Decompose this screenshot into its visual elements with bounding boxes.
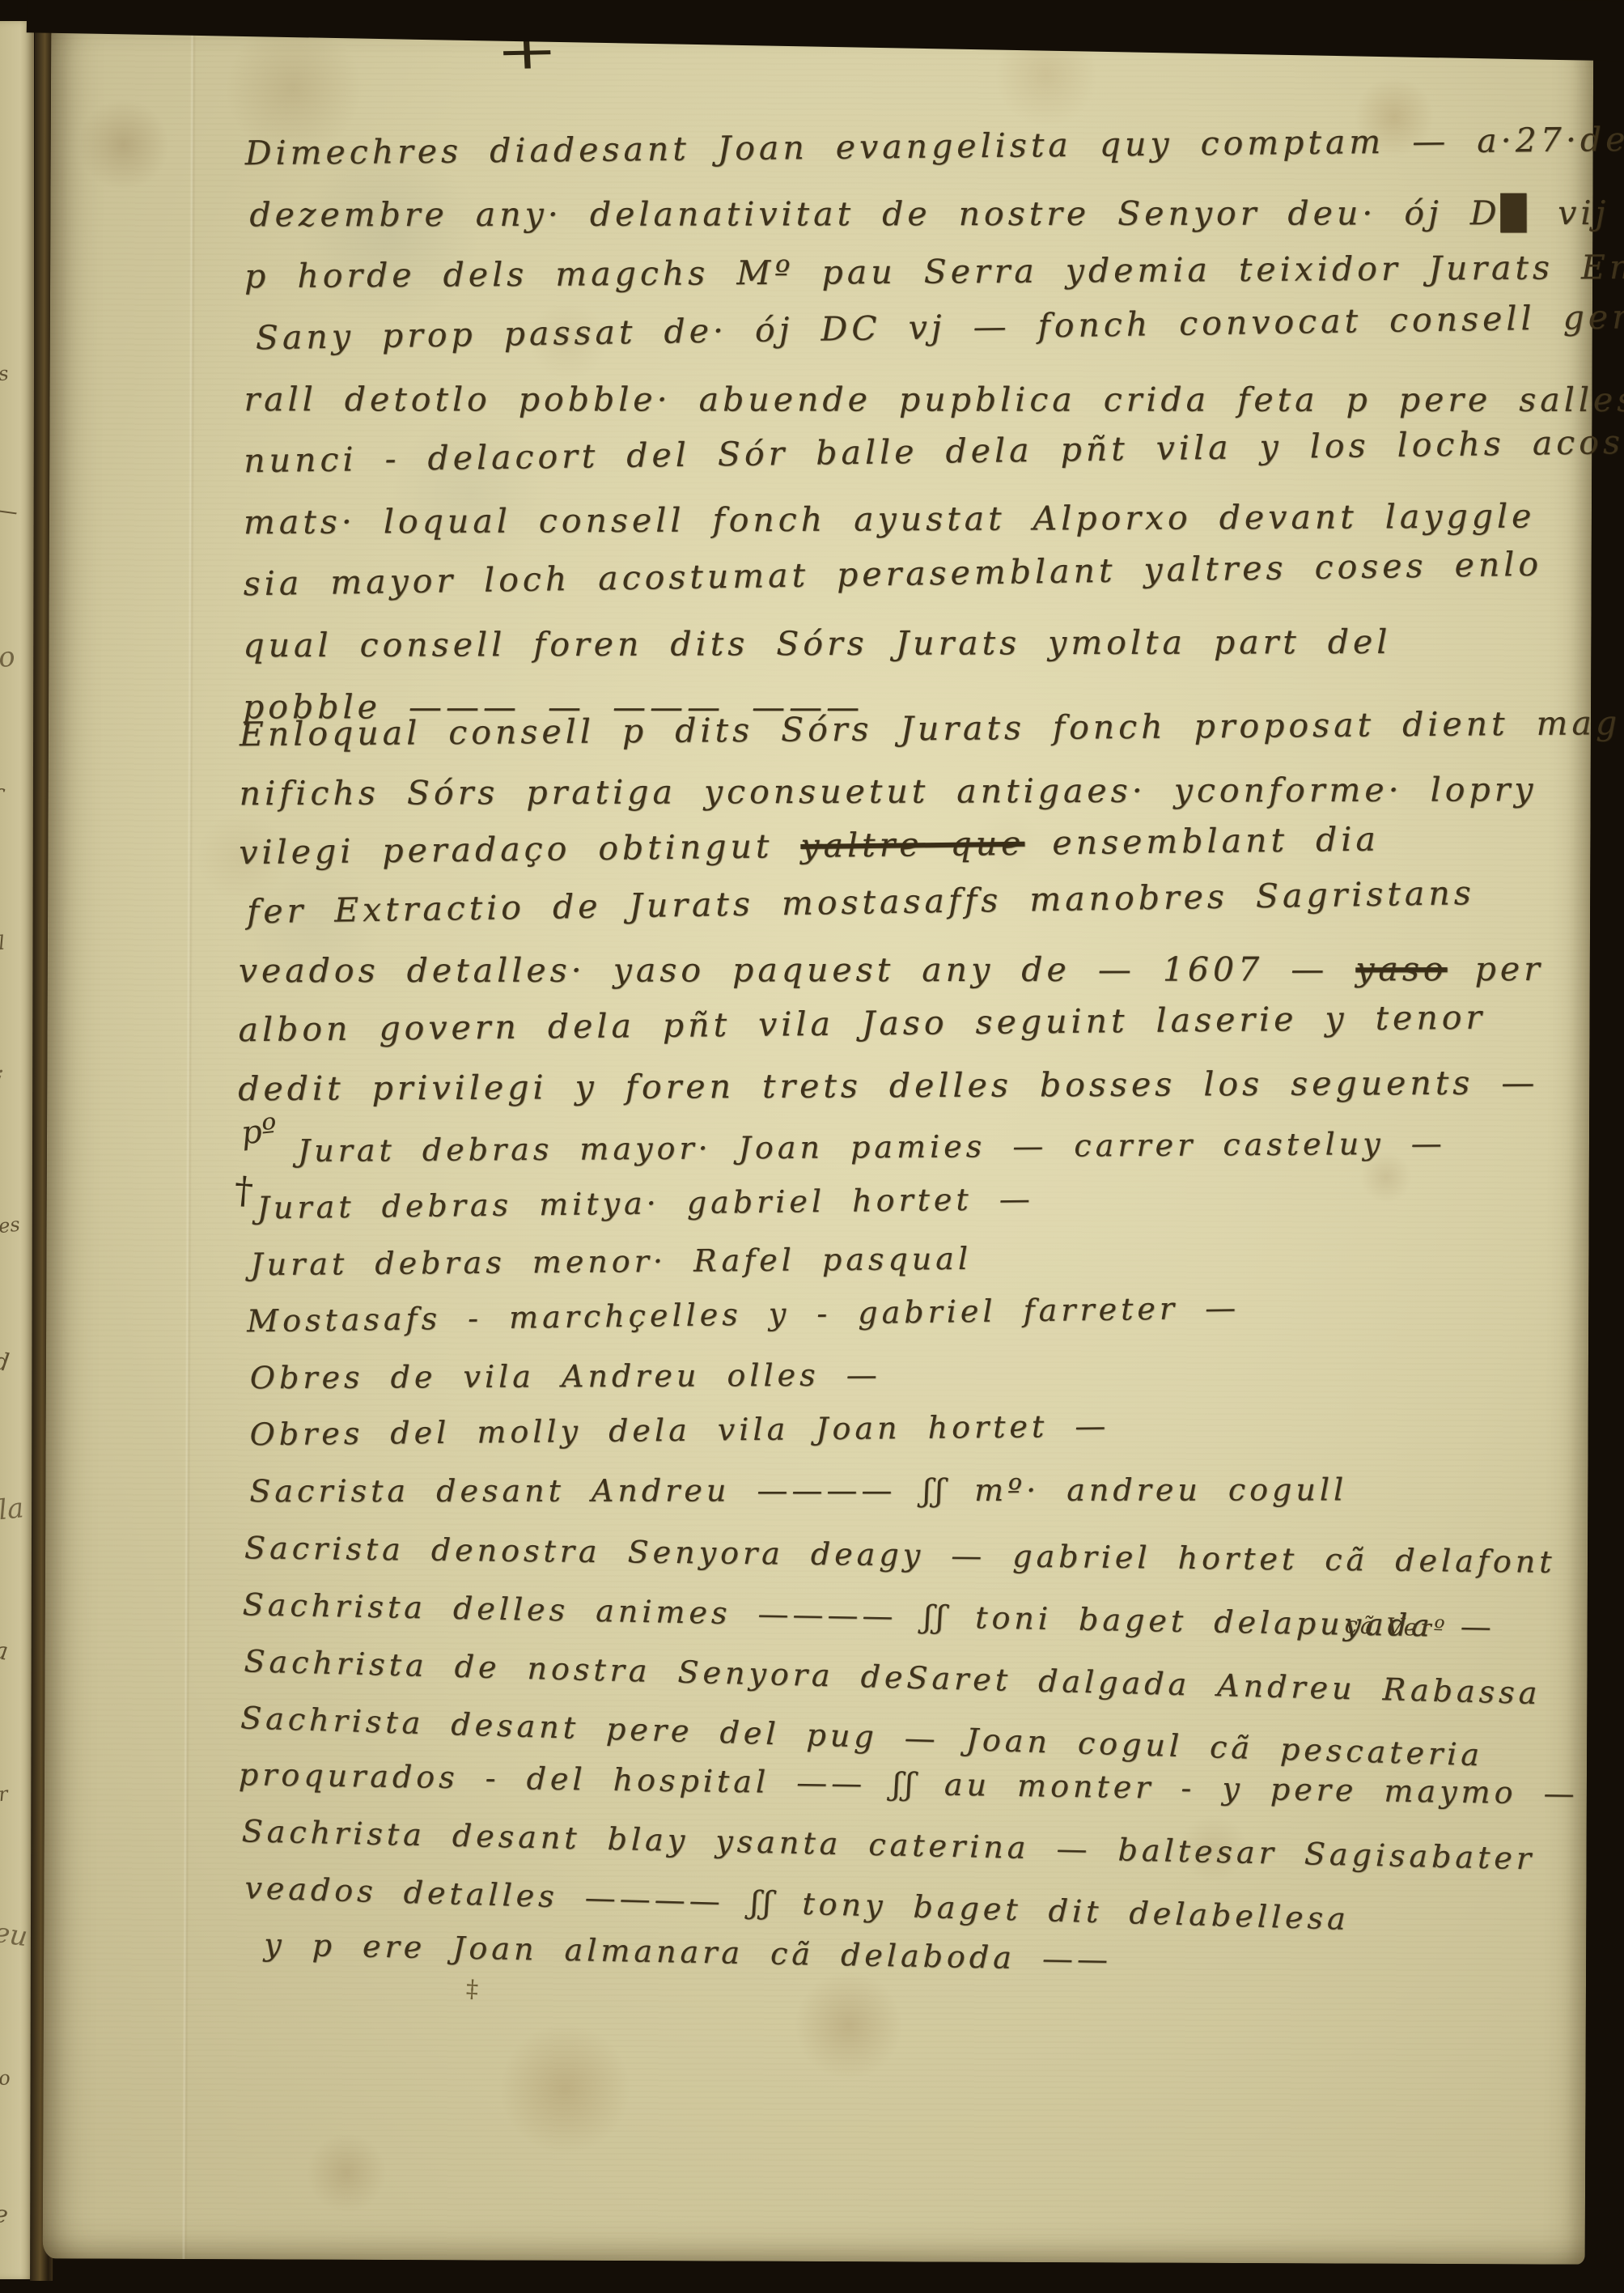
margin-text-fragment: es <box>0 1212 35 1238</box>
margin-text-fragment: ʃ <box>0 784 36 818</box>
extraction-list: Jurat debras mayor· Joan pamies — carrer… <box>248 1123 1581 1977</box>
manuscript-line: Sacrista desant Andreu ———— ʃʃ mº· andre… <box>249 1461 1579 1519</box>
margin-cross-marker: † <box>233 1168 255 1213</box>
manuscript-line: qual consell foren dits Sórs Jurats ymol… <box>243 610 1624 677</box>
manuscript-scan: { "page": { "folio_number": "289", "head… <box>0 0 1624 2293</box>
margin-text-fragment: r <box>0 1780 35 1806</box>
manuscript-line: dezembre any· delanativitat de nostre Se… <box>249 182 1624 245</box>
scribal-flourish-mark: ‡ <box>465 1975 479 2004</box>
manuscript-line: Dimechres diadesant Joan evangelista quy… <box>244 108 1624 184</box>
margin-text-fragment: — <box>0 495 36 529</box>
primo-item-marker: pº <box>240 1111 279 1152</box>
interlinear-annotation: cã Verº <box>1344 1611 1448 1642</box>
manuscript-line: Enloqual consell p dits Sórs Jurats fonc… <box>240 694 1622 764</box>
paper-crease <box>182 15 197 2259</box>
margin-text-fragment: s <box>0 359 35 385</box>
margin-text-fragment: d <box>0 1348 36 1382</box>
manuscript-line: dedit privilegi y foren trets delles bos… <box>238 1053 1620 1119</box>
margin-text-fragment: la <box>0 1491 36 1527</box>
margin-text-fragment: l <box>0 928 35 953</box>
margin-text-fragment: i <box>0 1064 36 1102</box>
page-top-edge <box>27 0 1624 63</box>
opening-paragraph: Dimechres diadesant Joan evangelista quy… <box>243 122 1624 743</box>
proposal-paragraph: Enloqual consell p dits Sórs Jurats fonc… <box>238 705 1621 1124</box>
manuscript-page: + 289 Dimechres diadesant Joan evangelis… <box>43 15 1594 2264</box>
margin-text-fragment: o <box>0 639 36 674</box>
margin-text-fragment: a <box>0 1637 36 1671</box>
previous-page-edge: s—oʃliesdlaareuoe <box>0 21 34 2279</box>
previous-page-text-fragments: s—oʃliesdlaareuoe <box>2 361 34 2231</box>
